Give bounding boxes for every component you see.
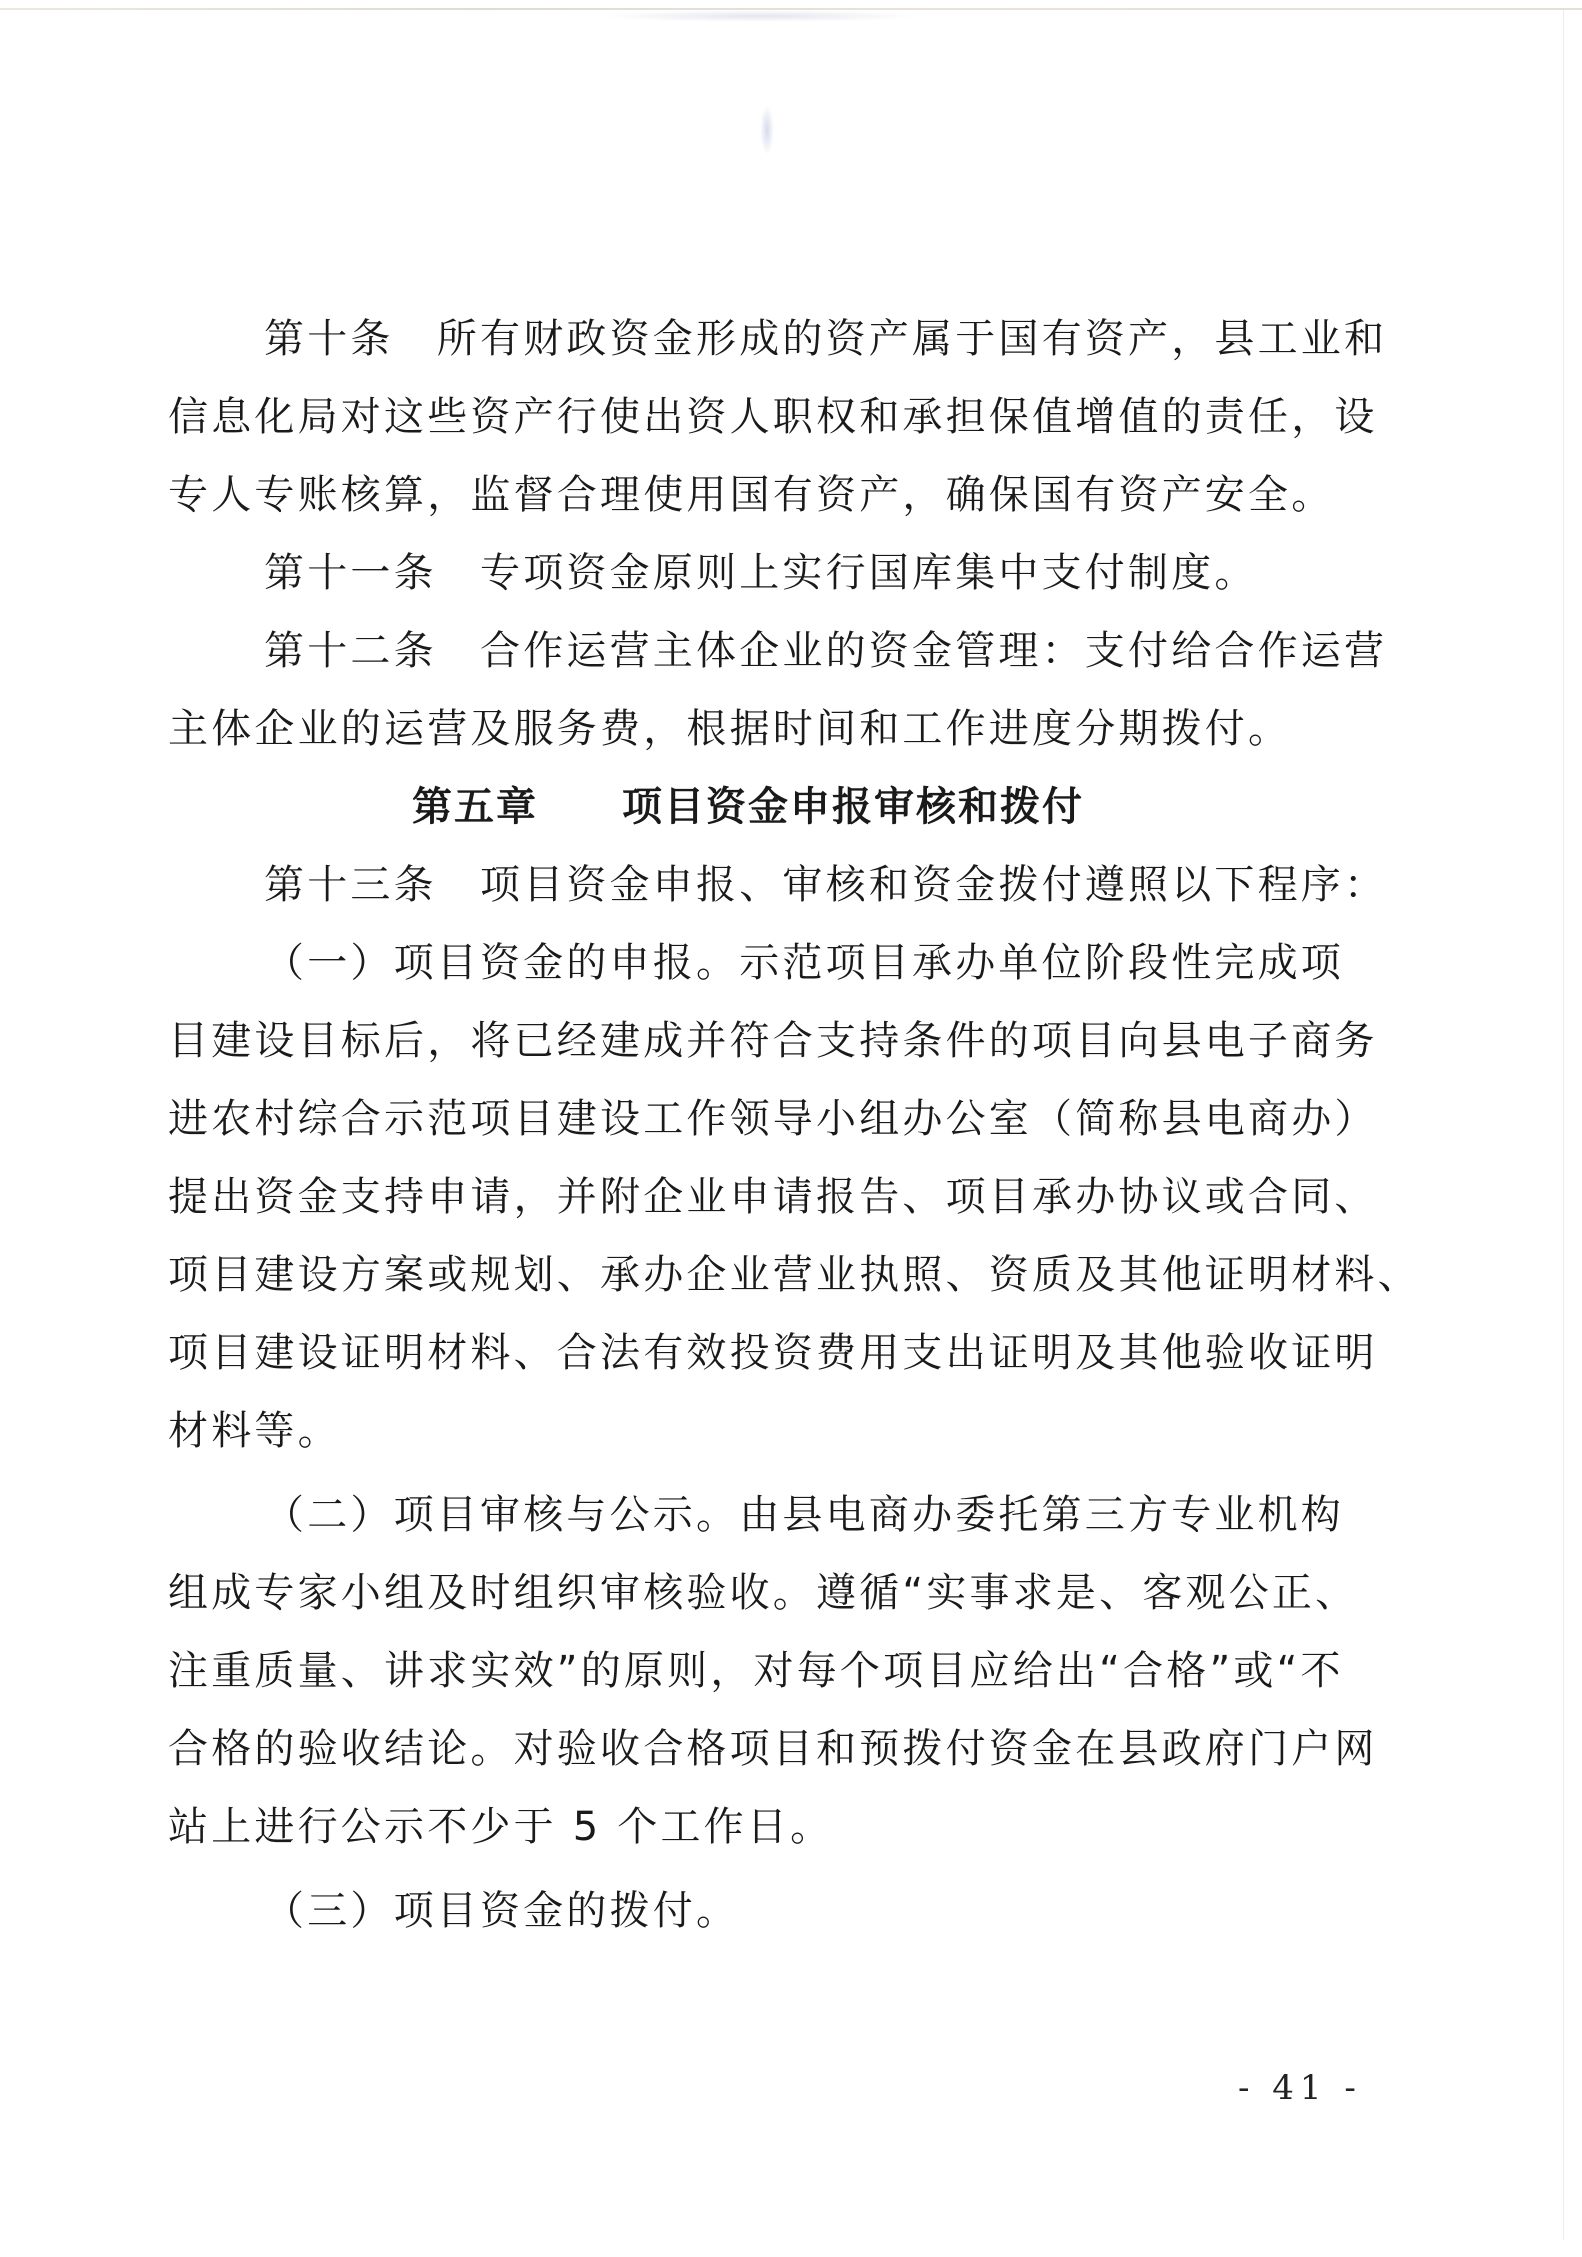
page-number: - 41 - <box>1238 2068 1362 2108</box>
article-12-paragraph: 第十二条 合作运营主体企业的资金管理：支付给合作运营 主体企业的运营及服务费，根… <box>168 612 1368 768</box>
text-line: 目建设目标后，将已经建成并符合支持条件的项目向县电子商务 <box>168 1002 1368 1080</box>
text-line: 第十条 所有财政资金形成的资产属于国有资产，县工业和 <box>168 300 1368 378</box>
text-line: 第十一条 专项资金原则上实行国库集中支付制度。 <box>168 534 1368 612</box>
text-line: 站上进行公示不少于 5 个工作日。 <box>168 1788 1368 1866</box>
text-line: 第十二条 合作运营主体企业的资金管理：支付给合作运营 <box>168 612 1368 690</box>
document-body: 第十条 所有财政资金形成的资产属于国有资产，县工业和 信息化局对这些资产行使出资… <box>168 300 1368 1950</box>
text-line: 项目建设证明材料、合法有效投资费用支出证明及其他验收证明 <box>168 1314 1368 1392</box>
article-11-paragraph: 第十一条 专项资金原则上实行国库集中支付制度。 <box>168 534 1368 612</box>
text-line: 专人专账核算，监督合理使用国有资产，确保国有资产安全。 <box>168 456 1368 534</box>
text-line: （二）项目审核与公示。由县电商办委托第三方专业机构 <box>168 1476 1368 1554</box>
text-line: 组成专家小组及时组织审核验收。遵循“实事求是、客观公正、 <box>168 1554 1368 1632</box>
text-line: （三）项目资金的拨付。 <box>168 1872 1368 1950</box>
text-line: 注重质量、讲求实效”的原则，对每个项目应给出“合格”或“不 <box>168 1632 1368 1710</box>
article-10-paragraph: 第十条 所有财政资金形成的资产属于国有资产，县工业和 信息化局对这些资产行使出资… <box>168 300 1368 534</box>
scan-page-edge-right <box>1563 10 1564 2240</box>
text-line: 信息化局对这些资产行使出资人职权和承担保值增值的责任，设 <box>168 378 1368 456</box>
chapter-heading: 第五章 项目资金申报审核和拨付 <box>168 768 1368 846</box>
text-line: 材料等。 <box>168 1392 1368 1470</box>
text-line: 合格的验收结论。对验收合格项目和预拨付资金在县政府门户网 <box>168 1710 1368 1788</box>
item-1-paragraph: （一）项目资金的申报。示范项目承办单位阶段性完成项 目建设目标后，将已经建成并符… <box>168 924 1368 1470</box>
text-line: 第十三条 项目资金申报、审核和资金拨付遵照以下程序： <box>168 846 1368 924</box>
item-2-paragraph: （二）项目审核与公示。由县电商办委托第三方专业机构 组成专家小组及时组织审核验收… <box>168 1476 1368 1866</box>
text-line: （一）项目资金的申报。示范项目承办单位阶段性完成项 <box>168 924 1368 1002</box>
text-line: 进农村综合示范项目建设工作领导小组办公室（简称县电商办） <box>168 1080 1368 1158</box>
text-line: 项目建设方案或规划、承办企业营业执照、资质及其他证明材料、 <box>168 1236 1368 1314</box>
text-line: 主体企业的运营及服务费，根据时间和工作进度分期拨付。 <box>168 690 1368 768</box>
scan-artifact <box>760 105 774 155</box>
scan-artifact-top <box>600 10 920 22</box>
item-3-paragraph: （三）项目资金的拨付。 <box>168 1872 1368 1950</box>
text-line: 提出资金支持申请，并附企业申请报告、项目承办协议或合同、 <box>168 1158 1368 1236</box>
article-13-paragraph: 第十三条 项目资金申报、审核和资金拨付遵照以下程序： <box>168 846 1368 924</box>
